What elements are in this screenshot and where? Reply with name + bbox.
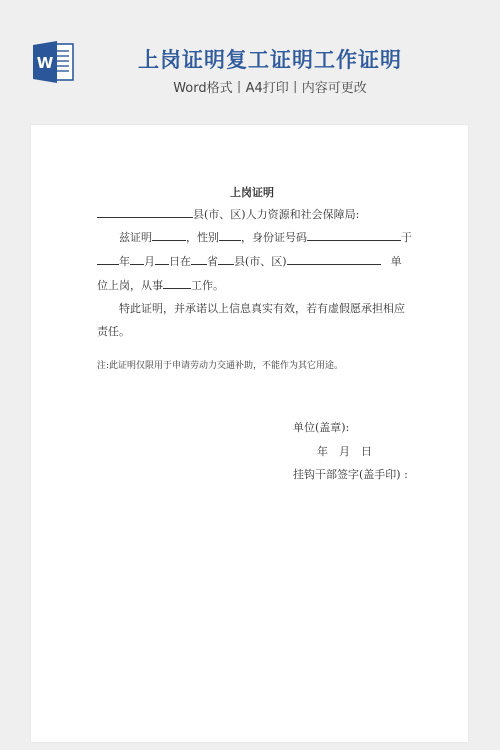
county-label: 县(市、区) xyxy=(234,255,287,268)
cadre-signature-label: 挂钩干部签字(盖手印) : xyxy=(293,466,408,482)
province-label: 省 xyxy=(207,255,218,268)
certify-prefix: 兹证明 xyxy=(119,231,152,244)
month-blank[interactable] xyxy=(130,250,144,265)
name-blank[interactable] xyxy=(152,226,186,241)
page-subtitle: Word格式丨A4打印丨内容可更改 xyxy=(0,77,500,96)
signature-date: 年 月 日 xyxy=(317,443,372,459)
job-blank[interactable] xyxy=(163,274,191,289)
addressee-text: 县(市、区)人力资源和社会保障局: xyxy=(193,208,359,221)
document-page: 上岗证明 县(市、区)人力资源和社会保障局: 兹证明，性别，身份证号码于 年月日… xyxy=(31,125,468,742)
declaration-line-2: 责任。 xyxy=(97,320,407,344)
gender-blank[interactable] xyxy=(219,226,241,241)
gender-label: ，性别 xyxy=(186,231,219,244)
header: W 上岗证明复工证明工作证明 Word格式丨A4打印丨内容可更改 xyxy=(0,0,500,120)
certify-suffix: 于 xyxy=(401,231,412,244)
county2-blank[interactable] xyxy=(218,250,234,265)
unit-blank[interactable] xyxy=(287,250,381,265)
day-blank[interactable] xyxy=(155,250,169,265)
province-blank[interactable] xyxy=(191,250,207,265)
year-label: 年 xyxy=(119,255,130,268)
id-blank[interactable] xyxy=(307,226,401,241)
month-label: 月 xyxy=(144,255,155,268)
job-line: 位上岗，从事工作。 xyxy=(97,274,407,298)
usage-note: 注:此证明仅限用于申请劳动力交通补助，不能作为其它用途。 xyxy=(97,354,407,378)
unit-seal-label: 单位(盖章): xyxy=(293,419,349,435)
date-location-line: 年月日在省县(市、区)单 xyxy=(97,250,407,274)
year-blank[interactable] xyxy=(97,250,119,265)
declaration-line-1: 特此证明，并承诺以上信息真实有效，若有虚假愿承担相应 xyxy=(97,297,407,321)
page-title: 上岗证明复工证明工作证明 xyxy=(0,44,500,74)
day-label: 日在 xyxy=(169,255,191,268)
id-label: ，身份证号码 xyxy=(241,231,307,244)
county-blank[interactable] xyxy=(97,203,193,218)
unit-suffix: 单 xyxy=(391,255,402,268)
job-prefix: 位上岗，从事 xyxy=(97,279,163,292)
addressee-line: 县(市、区)人力资源和社会保障局: xyxy=(97,203,407,227)
job-suffix: 工作。 xyxy=(191,279,224,292)
certify-line: 兹证明，性别，身份证号码于 xyxy=(97,226,407,250)
document-title: 上岗证明 xyxy=(97,181,407,205)
